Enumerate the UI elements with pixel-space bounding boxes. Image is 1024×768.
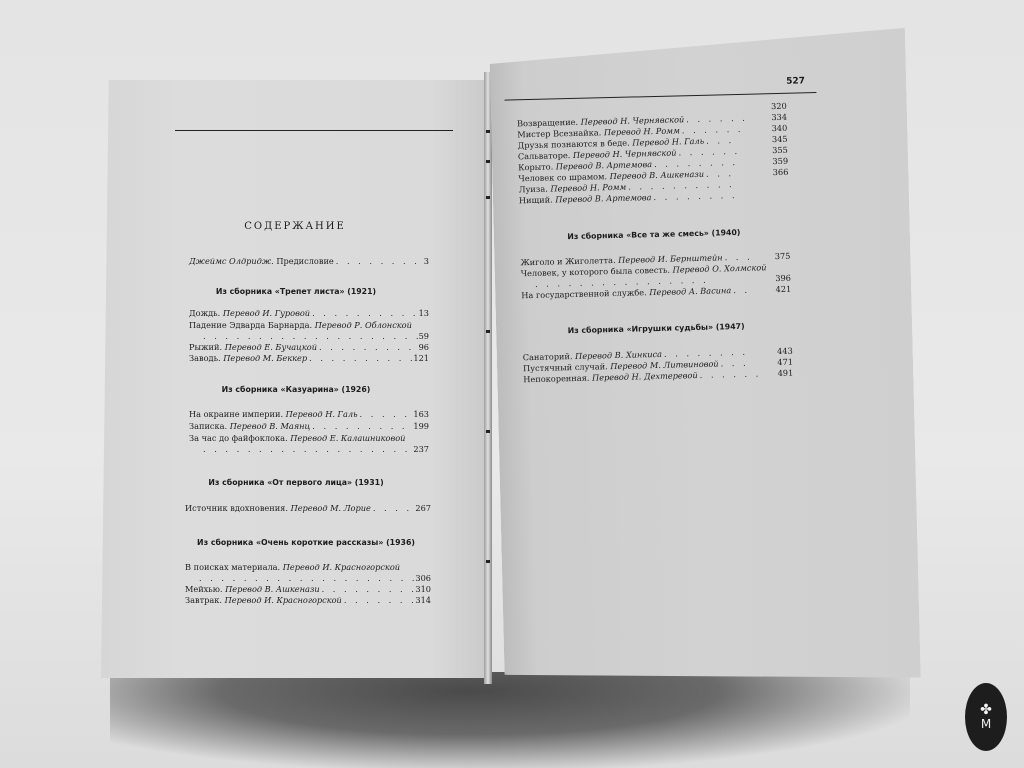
binding-stitch: [486, 160, 490, 163]
toc-entry: Записка. Перевод В. Маянц . . . . . . . …: [189, 421, 429, 432]
left-page: СОДЕРЖАНИЕ Джеймс Олдридж. Предисловие .…: [101, 80, 489, 678]
flower-m-logo-icon: ✤ M: [965, 683, 1007, 751]
section-heading: Из сборника «Очень короткие рассказы» (1…: [181, 538, 431, 547]
toc-title: СОДЕРЖАНИЕ: [101, 221, 489, 232]
section-heading: Из сборника «Все та же смесь» (1940): [524, 227, 784, 242]
book-shadow: [110, 672, 910, 768]
binding-stitch: [486, 560, 490, 563]
header-rule: [175, 130, 453, 131]
toc-entry: Источник вдохновения. Перевод М. Лорие .…: [185, 503, 431, 514]
flower-icon: ✤: [980, 703, 992, 717]
section-heading: Из сборника «Игрушки судьбы» (1947): [526, 321, 786, 336]
toc-entry: Дождь. Перевод И. Гуровой . . . . . . . …: [189, 308, 429, 319]
toc-entry: Мейхью. Перевод В. Ашкенази . . . . . . …: [185, 584, 431, 595]
toc-entry: Рыжий. Перевод Е. Бучацкой . . . . . . .…: [189, 342, 429, 353]
logo-letter: M: [981, 717, 991, 731]
section-heading: Из сборника «Казуарина» (1926): [171, 385, 421, 394]
page-number: 527: [786, 76, 805, 86]
header-rule: [505, 92, 817, 101]
section-heading: Из сборника «От первого лица» (1931): [171, 478, 421, 487]
binding-stitch: [486, 196, 490, 199]
toc-entry: Падение Эдварда Барнарда. Перевод Р. Обл…: [189, 320, 429, 341]
section-heading: Из сборника «Трепет листа» (1921): [171, 287, 421, 296]
toc-entry: За час до файфоклока. Перевод Е. Калашни…: [189, 433, 429, 454]
toc-entry: Завтрак. Перевод И. Красногорской . . . …: [185, 595, 431, 606]
right-page: 527 320 Возвращение. Перевод Н. Чернявск…: [489, 28, 921, 688]
book-gutter: [484, 72, 492, 684]
toc-entry: На окраине империи. Перевод Н. Галь . . …: [189, 409, 429, 420]
toc-entry: В поисках материала. Перевод И. Красного…: [185, 562, 431, 583]
toc-entry-preface: Джеймс Олдридж. Предисловие . . . . . . …: [189, 256, 429, 267]
binding-stitch: [486, 330, 490, 333]
toc-entry: Заводь. Перевод М. Беккер . . . . . . . …: [189, 353, 429, 364]
binding-stitch: [486, 430, 490, 433]
binding-stitch: [486, 130, 490, 133]
